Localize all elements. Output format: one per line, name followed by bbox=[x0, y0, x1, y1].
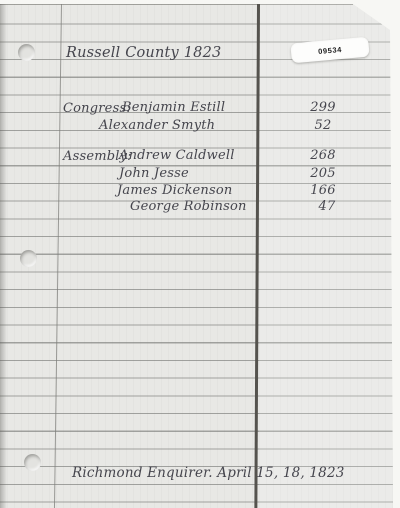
candidate-votes: 47 bbox=[307, 199, 347, 215]
candidate-name: James Dickenson bbox=[117, 183, 232, 199]
candidate-votes: 52 bbox=[303, 118, 343, 134]
candidate-name: Alexander Smyth bbox=[99, 118, 215, 134]
punch-hole-bottom bbox=[24, 454, 41, 471]
scanned-ledger-page: 09534 Russell County 1823 Congress: Benj… bbox=[0, 0, 400, 508]
punch-hole-top bbox=[18, 44, 35, 61]
candidate-votes: 268 bbox=[303, 148, 343, 164]
congress-office-label: Congress: bbox=[63, 101, 131, 117]
source-citation: Richmond Enquirer. April 15, 18, 1823 bbox=[72, 465, 345, 481]
candidate-votes: 205 bbox=[303, 166, 343, 182]
page-left-edge-shadow bbox=[0, 4, 7, 508]
margin-line bbox=[54, 4, 62, 508]
page-title: Russell County 1823 bbox=[66, 45, 221, 61]
right-column-highlight bbox=[259, 4, 393, 508]
punch-hole-middle bbox=[20, 250, 37, 267]
candidate-name: Benjamin Estill bbox=[122, 100, 225, 116]
notebook-paper: 09534 Russell County 1823 Congress: Benj… bbox=[0, 0, 400, 508]
candidate-name: Andrew Caldwell bbox=[119, 148, 235, 164]
candidate-votes: 166 bbox=[303, 183, 343, 199]
candidate-name: John Jesse bbox=[119, 166, 189, 182]
candidate-votes: 299 bbox=[303, 100, 343, 116]
catalog-number: 09534 bbox=[318, 44, 343, 55]
candidate-name: George Robinson bbox=[130, 199, 247, 215]
